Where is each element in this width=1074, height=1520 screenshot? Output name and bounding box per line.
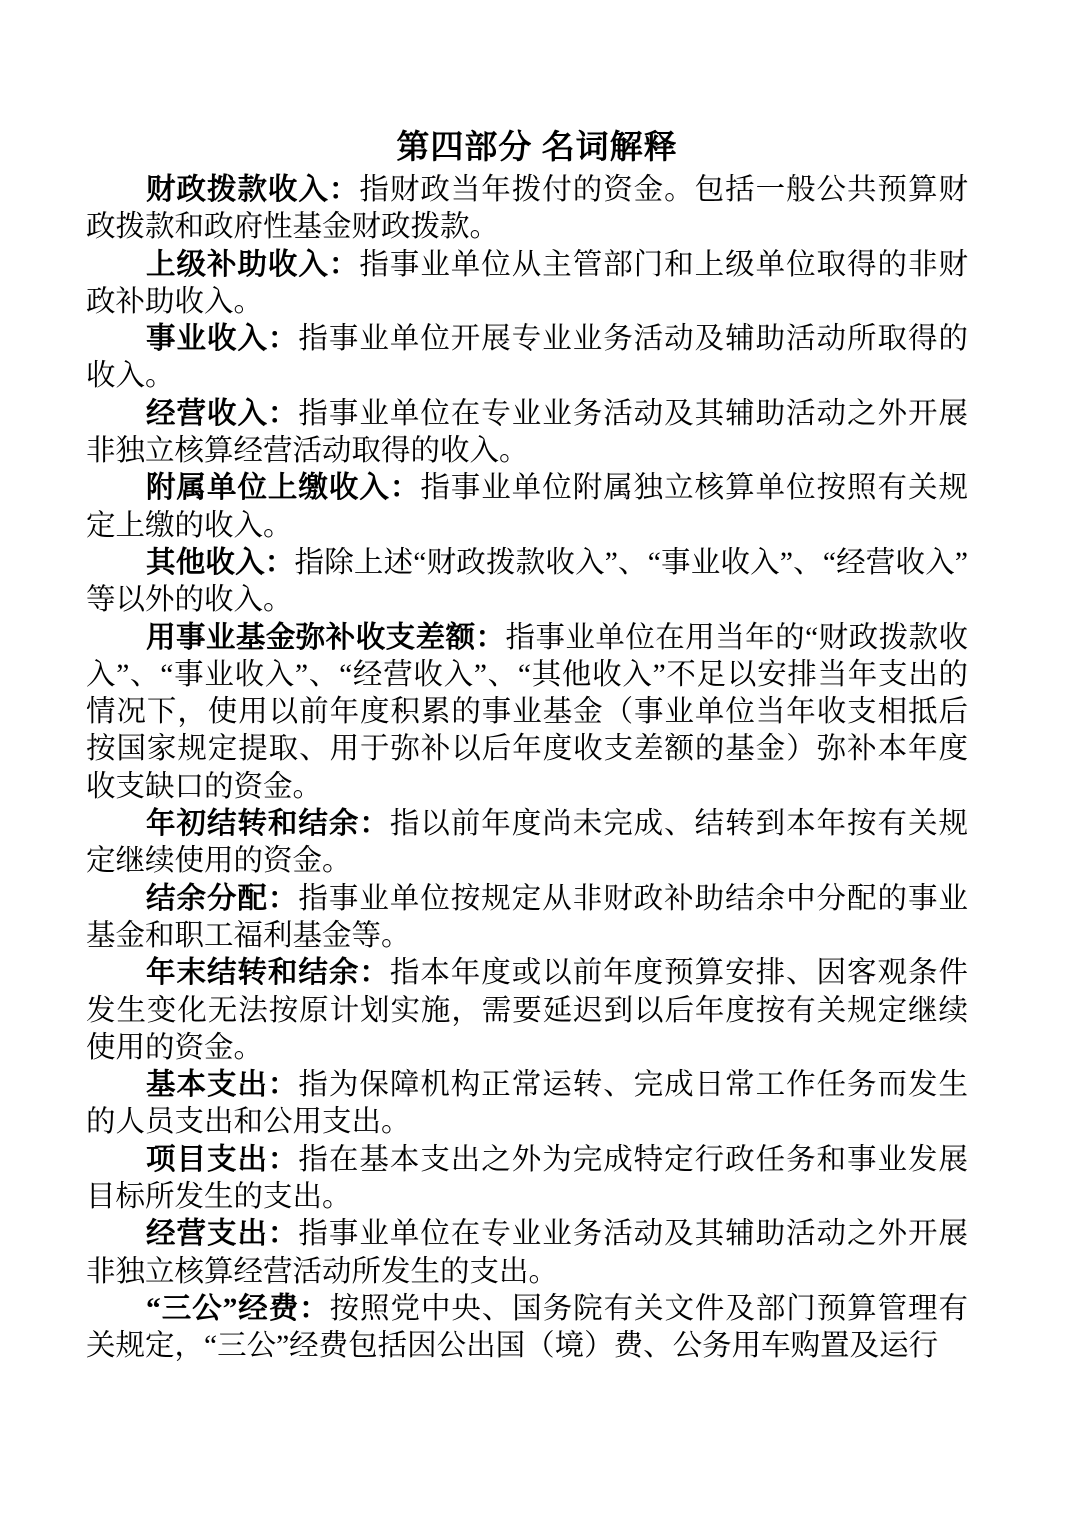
term-label: 事业收入：: [146, 323, 298, 355]
definition-paragraph: 用事业基金弥补收支差额：指事业单位在用当年的“财政拨款收入”、“事业收入”、“经…: [86, 620, 968, 806]
term-label: 财政拨款收入：: [146, 174, 359, 206]
term-label: 经营收入：: [146, 398, 298, 430]
term-label: 项目支出：: [146, 1144, 298, 1176]
definition-paragraph: 经营收入：指事业单位在专业业务活动及其辅助活动之外开展非独立核算经营活动取得的收…: [86, 396, 968, 471]
definition-paragraph: 附属单位上缴收入：指事业单位附属独立核算单位按照有关规定上缴的收入。: [86, 470, 968, 545]
page-title: 第四部分 名词解释: [0, 0, 1074, 170]
term-label: 基本支出：: [146, 1069, 298, 1101]
term-label: “三公”经费：: [146, 1293, 330, 1325]
term-label: 年初结转和结余：: [146, 808, 390, 840]
term-label: 用事业基金弥补收支差额：: [146, 622, 506, 654]
document-page: 第四部分 名词解释 财政拨款收入：指财政当年拨付的资金。包括一般公共预算财政拨款…: [0, 0, 1074, 1520]
definition-paragraph: 年初结转和结余：指以前年度尚未完成、结转到本年按有关规定继续使用的资金。: [86, 806, 968, 881]
definition-paragraph: 财政拨款收入：指财政当年拨付的资金。包括一般公共预算财政拨款和政府性基金财政拨款…: [86, 172, 968, 247]
definition-paragraph: 事业收入：指事业单位开展专业业务活动及辅助活动所取得的收入。: [86, 321, 968, 396]
term-label: 附属单位上缴收入：: [146, 472, 420, 504]
term-label: 其他收入：: [146, 547, 295, 579]
definition-paragraph: 经营支出：指事业单位在专业业务活动及其辅助活动之外开展非独立核算经营活动所发生的…: [86, 1216, 968, 1291]
definition-paragraph: 结余分配：指事业单位按规定从非财政补助结余中分配的事业基金和职工福利基金等。: [86, 881, 968, 956]
definition-paragraph: “三公”经费：按照党中央、国务院有关文件及部门预算管理有关规定，“三公”经费包括…: [86, 1291, 968, 1366]
term-label: 上级补助收入：: [146, 249, 359, 281]
definition-paragraph: 上级补助收入：指事业单位从主管部门和上级单位取得的非财政补助收入。: [86, 247, 968, 322]
definition-paragraph: 年末结转和结余：指本年度或以前年度预算安排、因客观条件发生变化无法按原计划实施，…: [86, 955, 968, 1067]
term-label: 年末结转和结余：: [146, 957, 390, 989]
term-label: 结余分配：: [146, 883, 298, 915]
definition-paragraph: 其他收入：指除上述“财政拨款收入”、“事业收入”、“经营收入”等以外的收入。: [86, 545, 968, 620]
definitions-list: 财政拨款收入：指财政当年拨付的资金。包括一般公共预算财政拨款和政府性基金财政拨款…: [86, 172, 968, 1366]
definition-paragraph: 项目支出：指在基本支出之外为完成特定行政任务和事业发展目标所发生的支出。: [86, 1142, 968, 1217]
term-label: 经营支出：: [146, 1218, 298, 1250]
definition-paragraph: 基本支出：指为保障机构正常运转、完成日常工作任务而发生的人员支出和公用支出。: [86, 1067, 968, 1142]
